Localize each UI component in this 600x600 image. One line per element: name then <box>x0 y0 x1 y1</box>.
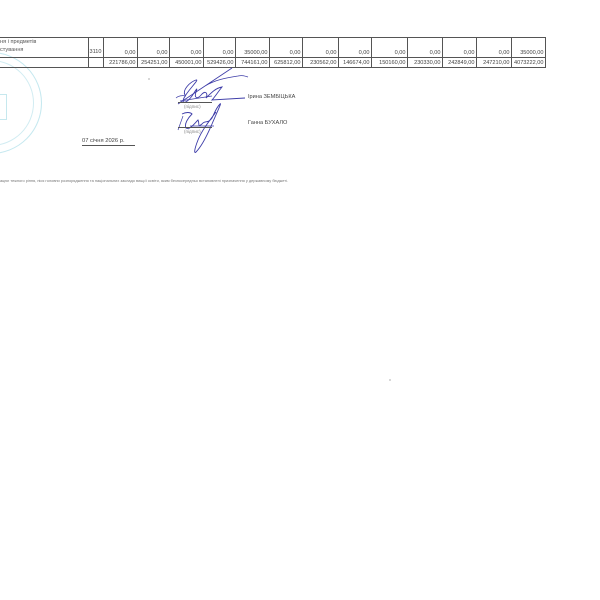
value-cell: 247210,00 <box>476 58 511 68</box>
value-cell: 4073222,00 <box>511 58 545 68</box>
financial-table: ня і предметівстування31100,000,000,000,… <box>0 37 546 68</box>
signer-name-2: Ганна БУХАЛО <box>248 120 287 126</box>
handwritten-signatures <box>0 0 600 600</box>
scan-mark <box>148 78 150 80</box>
value-cell: 0,00 <box>442 38 476 58</box>
document-page: ня і предметівстування31100,000,000,000,… <box>0 0 600 600</box>
document-date: 07 січня 2026 р. <box>82 138 135 146</box>
value-cell: 254251,00 <box>137 58 169 68</box>
value-cell: 744161,00 <box>235 58 269 68</box>
scan-mark <box>389 379 391 381</box>
row-name-line: стування <box>0 46 87 54</box>
signature-caption-1: (підпис) <box>184 104 201 109</box>
value-cell: 0,00 <box>371 38 407 58</box>
value-cell: 625812,00 <box>269 58 302 68</box>
signature-line-1 <box>178 102 212 103</box>
signature-caption-2: (підпис) <box>184 129 201 134</box>
signer-name-1: Ірина ЗЕМБІЦЬКА <box>248 94 295 100</box>
value-cell: 230330,00 <box>407 58 442 68</box>
table-row-total: 221786,00254251,00450001,00529426,007441… <box>0 58 545 68</box>
value-cell: 529426,00 <box>203 58 235 68</box>
value-cell: 0,00 <box>407 38 442 58</box>
value-cell: 150160,00 <box>371 58 407 68</box>
value-cell: 35000,00 <box>511 38 545 58</box>
row-name-cell <box>0 58 88 68</box>
value-cell: 0,00 <box>103 38 137 58</box>
value-cell: 242849,00 <box>442 58 476 68</box>
value-cell: 221786,00 <box>103 58 137 68</box>
row-name-line: ня і предметів <box>0 38 87 46</box>
stamp-emblem-icon <box>0 94 7 120</box>
value-cell: 450001,00 <box>169 58 203 68</box>
value-cell: 0,00 <box>137 38 169 58</box>
row-code-cell <box>88 58 103 68</box>
signature-line-2 <box>178 127 212 128</box>
row-name-cell: ня і предметівстування <box>0 38 88 58</box>
value-cell: 0,00 <box>169 38 203 58</box>
value-cell: 0,00 <box>302 38 338 58</box>
value-cell: 35000,00 <box>235 38 269 58</box>
footnote: ацює тежного ріння, піся головни розпоря… <box>0 178 288 183</box>
value-cell: 230562,00 <box>302 58 338 68</box>
row-code-cell: 3110 <box>88 38 103 58</box>
value-cell: 0,00 <box>269 38 302 58</box>
value-cell: 0,00 <box>203 38 235 58</box>
value-cell: 0,00 <box>338 38 371 58</box>
value-cell: 0,00 <box>476 38 511 58</box>
table-row: ня і предметівстування31100,000,000,000,… <box>0 38 545 58</box>
value-cell: 146674,00 <box>338 58 371 68</box>
